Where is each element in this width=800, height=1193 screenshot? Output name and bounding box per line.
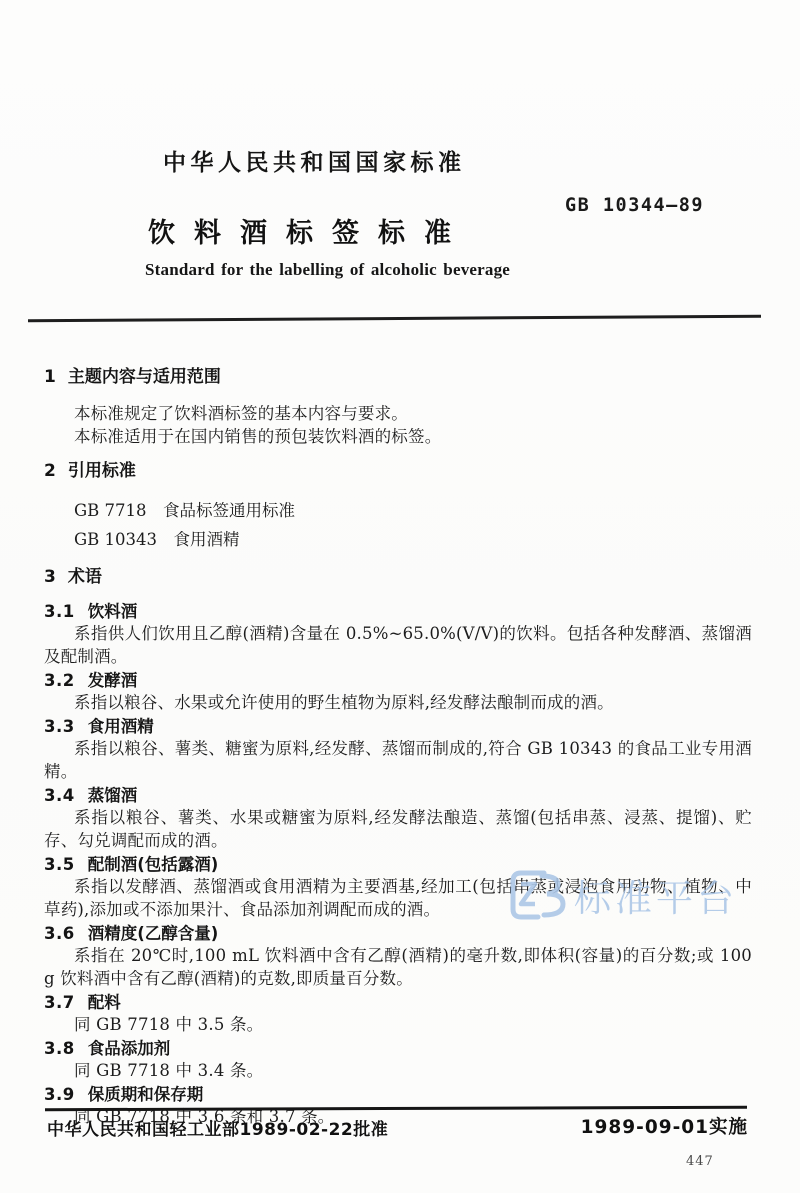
standard-document-page: 中华人民共和国国家标准 GB 10344—89 饮料酒标签标准 Standard… [0,0,800,1193]
clause-3-4: 3.4蒸馏酒 系指以粮谷、薯类、水果或糖蜜为原料,经发酵法酿造、蒸馏(包括串蒸、… [44,786,752,852]
clause-number: 3.1 [44,602,75,621]
clause-3-6: 3.6酒精度(乙醇含量) 系指在 20℃时,100 mL 饮料酒中含有乙醇(酒精… [44,924,752,990]
clause-number: 3.6 [44,924,75,943]
section-1-heading: 1主题内容与适用范围 [44,366,752,388]
clause-title: 配制酒(包括露酒) [88,855,219,874]
implementation-date: 1989-09-01实施 [581,1113,748,1139]
clause-number: 3.5 [44,855,75,874]
clause-number: 3.7 [44,993,75,1012]
clause-3-8: 3.8食品添加剂 同 GB 7718 中 3.4 条。 [44,1039,752,1082]
clause-title: 酒精度(乙醇含量) [88,924,219,943]
reference-item: GB 10343 食用酒精 [44,525,752,554]
clause-title: 食用酒精 [88,717,154,736]
clause-title: 保质期和保存期 [88,1085,204,1104]
clause-heading: 3.5配制酒(包括露酒) [44,855,752,875]
section-number: 1 [44,367,56,387]
clause-heading: 3.9保质期和保存期 [44,1085,752,1105]
clause-text: 系指在 20℃时,100 mL 饮料酒中含有乙醇(酒精)的毫升数,即体积(容量)… [44,944,752,990]
clause-number: 3.9 [44,1085,75,1104]
section-title: 术语 [68,567,102,587]
section-title: 主题内容与适用范围 [68,367,221,387]
clause-title: 食品添加剂 [88,1039,171,1058]
clause-text: 系指以发酵酒、蒸馏酒或食用酒精为主要酒基,经加工(包括串蒸或浸泡食用动物、植物、… [44,875,752,921]
reference-item: GB 7718 食品标签通用标准 [44,496,752,525]
document-body: 1主题内容与适用范围 本标准规定了饮料酒标签的基本内容与要求。 本标准适用于在国… [44,366,752,1128]
clause-text: 系指以粮谷、薯类、水果或糖蜜为原料,经发酵法酿造、蒸馏(包括串蒸、浸蒸、提馏)、… [44,806,752,852]
clause-text: 系指以粮谷、薯类、糖蜜为原料,经发酵、蒸馏而制成的,符合 GB 10343 的食… [44,737,752,783]
clause-text: 同 GB 7718 中 3.4 条。 [44,1059,752,1082]
clause-heading: 3.3食用酒精 [44,717,752,737]
document-title-cn: 饮料酒标签标准 [148,211,470,250]
section-1-paragraph: 本标准适用于在国内销售的预包装饮料酒的标签。 [44,425,752,448]
clause-heading: 3.6酒精度(乙醇含量) [44,924,752,944]
clause-3-5: 3.5配制酒(包括露酒) 系指以发酵酒、蒸馏酒或食用酒精为主要酒基,经加工(包括… [44,855,752,921]
section-number: 2 [44,461,56,481]
clause-heading: 3.8食品添加剂 [44,1039,752,1059]
section-title: 引用标准 [68,461,136,481]
clause-number: 3.2 [44,671,75,690]
clause-3-1: 3.1饮料酒 系指供人们饮用且乙醇(酒精)含量在 0.5%~65.0%(V/V)… [44,602,752,668]
reference-list: GB 7718 食品标签通用标准 GB 10343 食用酒精 [44,496,752,554]
clause-heading: 3.1饮料酒 [44,602,752,622]
clause-text: 系指供人们饮用且乙醇(酒精)含量在 0.5%~65.0%(V/V)的饮料。包括各… [44,622,752,668]
clause-title: 发酵酒 [88,671,138,690]
clause-number: 3.8 [44,1039,75,1058]
clause-3-2: 3.2发酵酒 系指以粮谷、水果或允许使用的野生植物为原料,经发酵法酿制而成的酒。 [44,671,752,714]
clause-heading: 3.2发酵酒 [44,671,752,691]
page-number: 447 [686,1154,714,1169]
section-2-heading: 2引用标准 [44,460,752,482]
clause-text: 同 GB 7718 中 3.5 条。 [44,1013,752,1036]
clause-3-7: 3.7配料 同 GB 7718 中 3.5 条。 [44,993,752,1036]
header-divider-line [28,315,761,322]
national-standard-label: 中华人民共和国国家标准 [163,144,466,177]
approval-note: 中华人民共和国轻工业部1989-02-22批准 [47,1115,388,1140]
clause-title: 蒸馏酒 [88,786,138,805]
clause-title: 饮料酒 [88,602,138,621]
section-3-heading: 3术语 [44,566,752,588]
standard-code: GB 10344—89 [565,195,704,216]
section-number: 3 [44,567,56,587]
clause-number: 3.3 [44,717,75,736]
clause-3-3: 3.3食用酒精 系指以粮谷、薯类、糖蜜为原料,经发酵、蒸馏而制成的,符合 GB … [44,717,752,783]
clause-number: 3.4 [44,786,75,805]
document-title-en: Standard for the labelling of alcoholic … [145,260,510,280]
clause-heading: 3.7配料 [44,993,752,1013]
clause-title: 配料 [88,993,121,1012]
clause-text: 系指以粮谷、水果或允许使用的野生植物为原料,经发酵法酿制而成的酒。 [44,691,752,714]
clause-heading: 3.4蒸馏酒 [44,786,752,806]
section-1-paragraph: 本标准规定了饮料酒标签的基本内容与要求。 [44,402,752,425]
